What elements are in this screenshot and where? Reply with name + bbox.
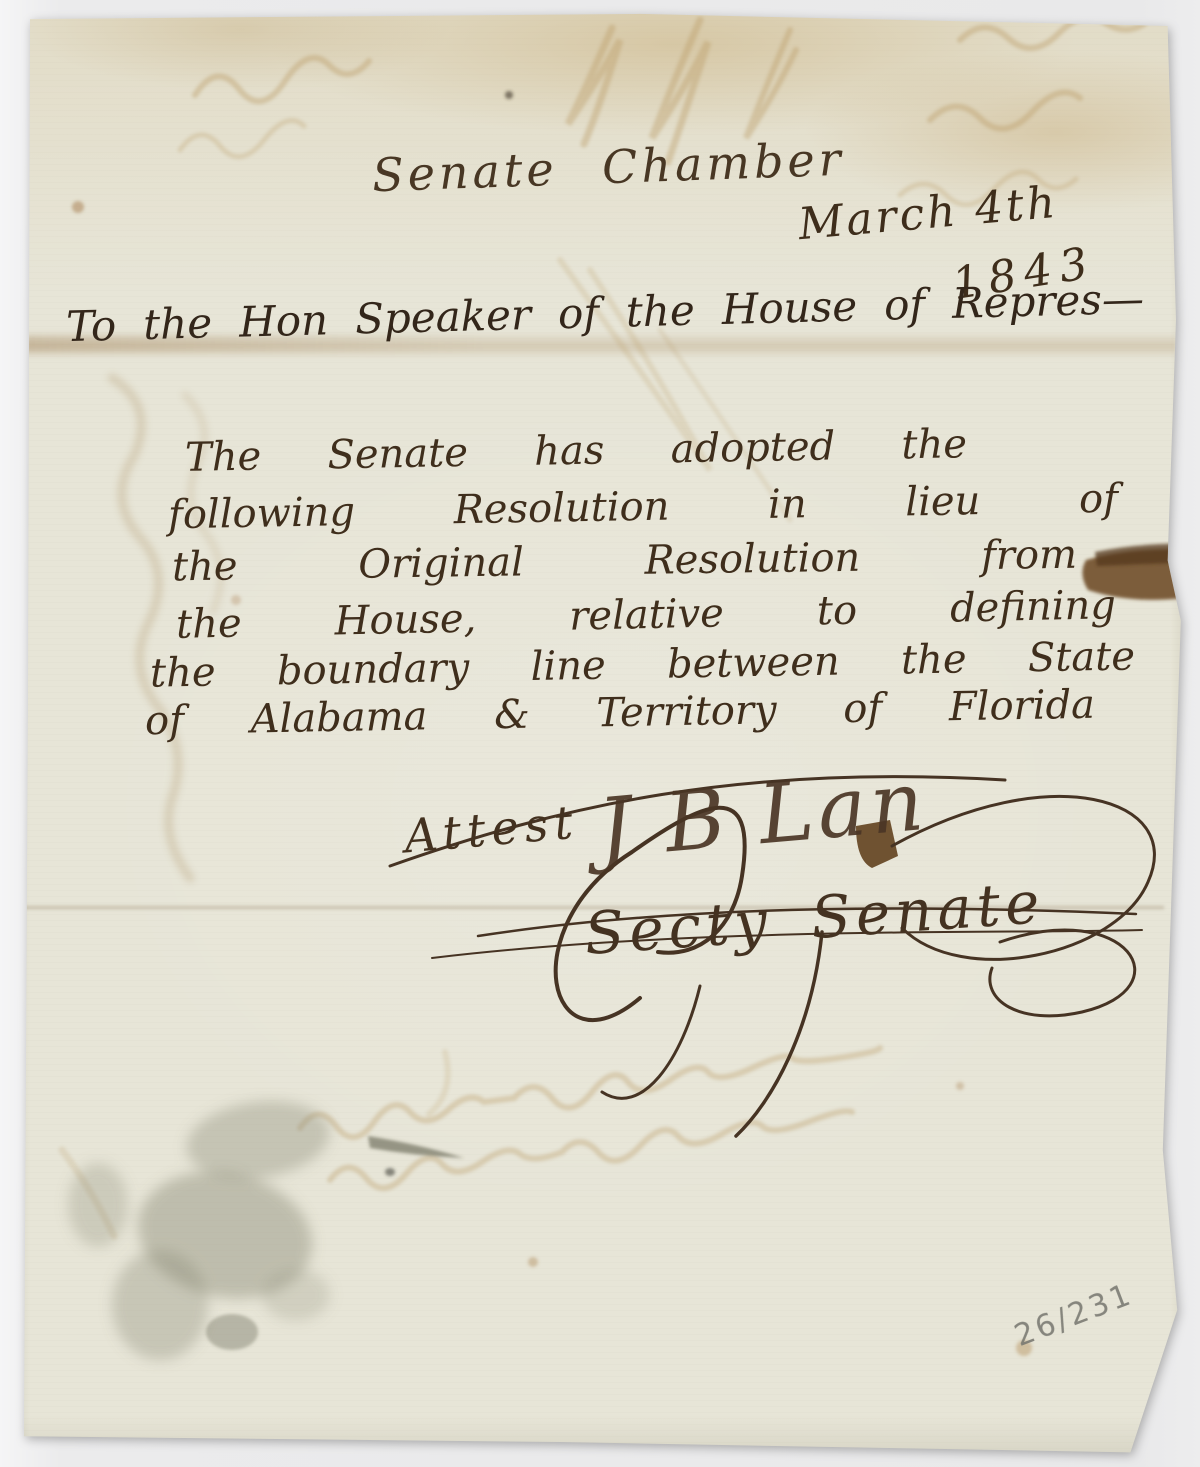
signature-title: Secty Senate: [582, 868, 1046, 968]
paper-sheet: Senate Chamber March 4th 1843 To the Hon…: [0, 0, 1200, 1467]
date-line-month: March 4th: [796, 177, 1060, 250]
fingerprint-smudges: [68, 1092, 335, 1360]
signature-name: J B Lan: [594, 754, 930, 877]
archive-number-pencil-note: 26/231: [1010, 1277, 1138, 1354]
fingerprint-dark-marks: [206, 1136, 464, 1350]
body-line-2: following Resolution in lieu of: [168, 476, 1119, 539]
paper-sheet-wrapper: Senate Chamber March 4th 1843 To the Hon…: [0, 0, 1200, 1467]
scanned-letter-scene: Senate Chamber March 4th 1843 To the Hon…: [0, 0, 1200, 1467]
body-line-1: The Senate has adopted the: [185, 421, 968, 481]
attest-label: Attest: [402, 794, 581, 863]
body-line-3: the Original Resolution from: [172, 532, 1078, 591]
bleedthrough-bottom-scribbles: [62, 1048, 880, 1236]
place-line: Senate Chamber: [371, 132, 845, 202]
